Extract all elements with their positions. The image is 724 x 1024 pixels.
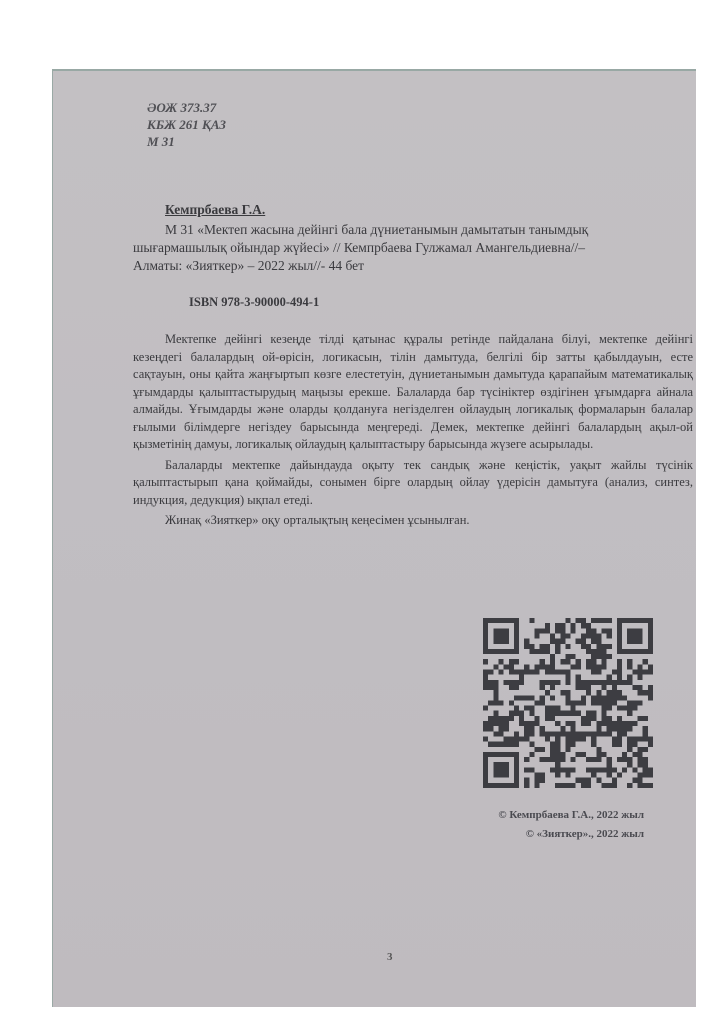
bibliographic-description: М 31 «Мектеп жасына дейінгі бала дүниета…: [133, 221, 693, 275]
udc-code: ӘОЖ 373.37: [147, 99, 226, 116]
copyright-publisher: © «Зияткер»., 2022 жыл: [526, 828, 644, 840]
abstract: Мектепке дейінгі кезеңде тілді қатынас қ…: [133, 331, 693, 530]
author-name: Кемпрбаева Г.А.: [165, 202, 265, 218]
abstract-paragraph: Жинақ «Зияткер» оқу орталықтың кеңесімен…: [133, 512, 693, 530]
bbk-code: КБЖ 261 ҚАЗ: [147, 116, 226, 133]
author-mark: М 31: [147, 133, 226, 150]
bib-line-1: М 31 «Мектеп жасына дейінгі бала дүниета…: [133, 221, 693, 239]
page-number: 3: [387, 951, 393, 963]
abstract-paragraph: Балаларды мектепке дайындауда оқыту тек …: [133, 457, 693, 510]
abstract-paragraph: Мектепке дейінгі кезеңде тілді қатынас қ…: [133, 331, 693, 454]
classification-codes: ӘОЖ 373.37 КБЖ 261 ҚАЗ М 31: [147, 99, 226, 150]
copyright-author: © Кемпрбаева Г.А., 2022 жыл: [498, 809, 644, 821]
bib-line-3: Алматы: «Зияткер» – 2022 жыл//- 44 бет: [133, 257, 693, 275]
document-page: ӘОЖ 373.37 КБЖ 261 ҚАЗ М 31 Кемпрбаева Г…: [52, 69, 696, 1007]
qr-code[interactable]: [483, 614, 653, 792]
bib-line-2: шығармашылық ойындар жүйесі» // Кемпрбае…: [133, 239, 693, 257]
isbn: ISBN 978-3-90000-494-1: [189, 295, 319, 310]
